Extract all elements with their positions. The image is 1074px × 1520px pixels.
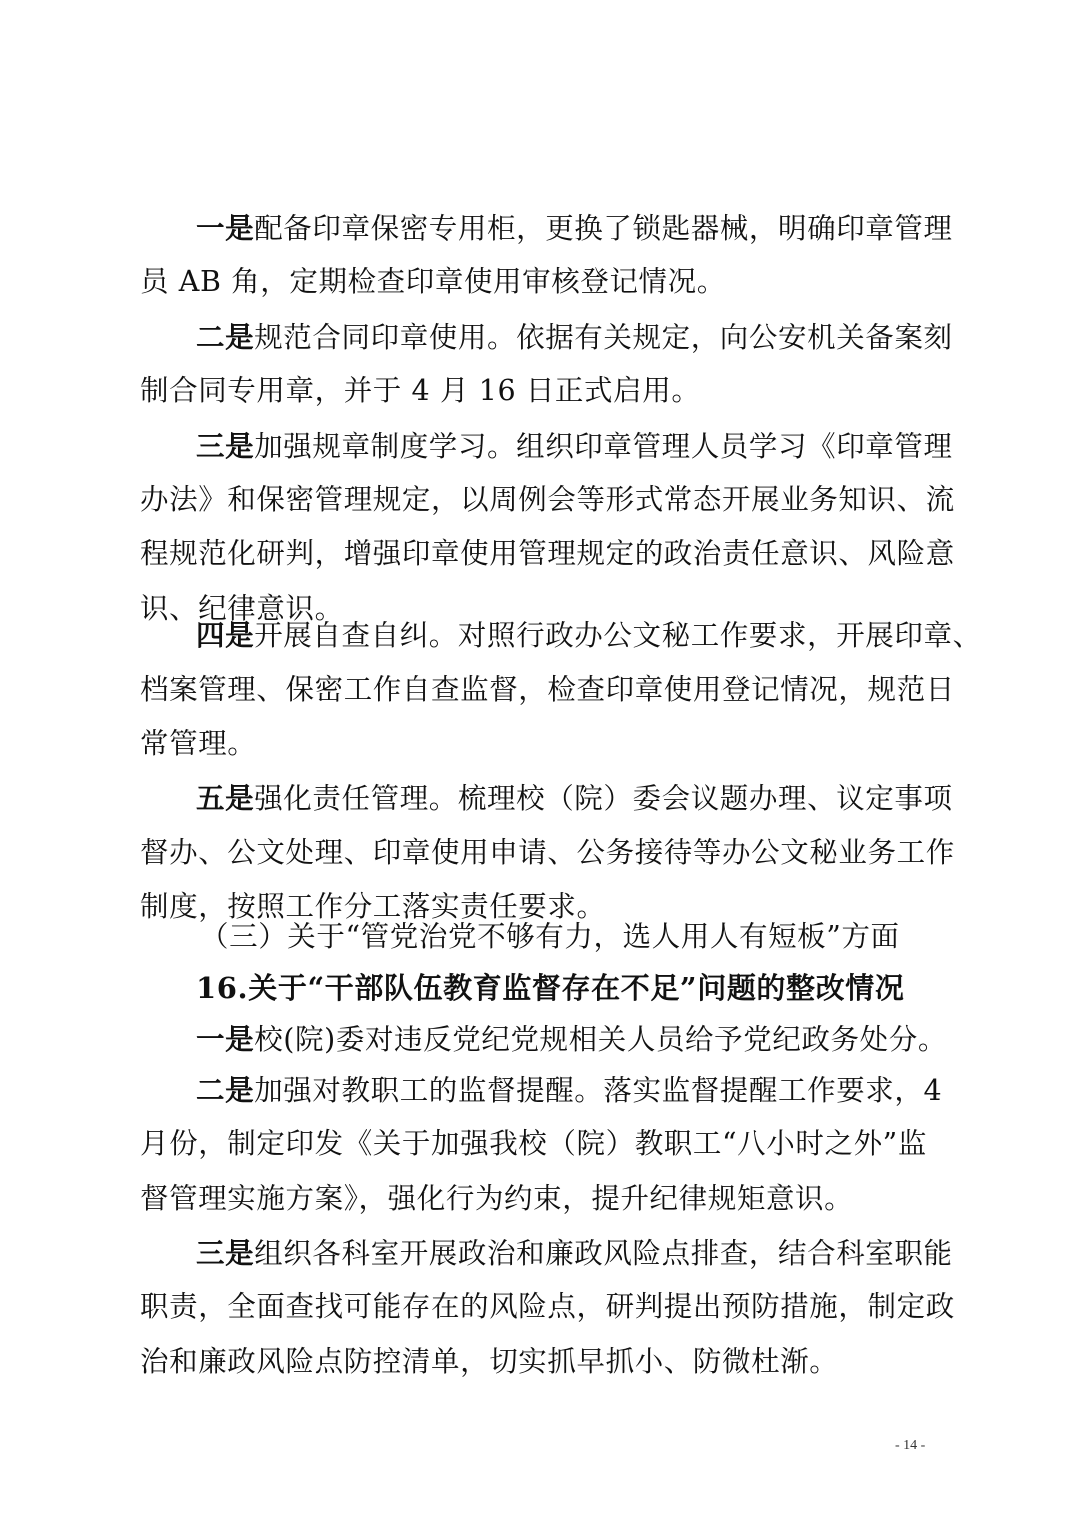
item-heading: 16.关于“干部队伍教育监督存在不足”问题的整改情况 xyxy=(196,961,996,1015)
paragraph-line: 二是加强对教职工的监督提醒。落实监督提醒工作要求，4 xyxy=(196,1063,940,1117)
paragraph-line: 员 AB 角，定期检查印章使用审核登记情况。 xyxy=(140,255,940,309)
paragraph-lead: 三是 xyxy=(196,429,254,463)
document-page: 一是配备印章保密专用柜，更换了锁匙器械，明确印章管理 员 AB 角，定期检查印章… xyxy=(0,0,1074,1520)
paragraph-line: 档案管理、保密工作自查监督，检查印章使用登记情况，规范日 xyxy=(140,663,940,717)
paragraph-lead: 三是 xyxy=(196,1236,254,1270)
paragraph-line: 职责，全面查找可能存在的风险点，研判提出预防措施，制定政 xyxy=(140,1280,940,1334)
paragraph-line: 常管理。 xyxy=(140,717,940,771)
paragraph-line: 三是组织各科室开展政治和廉政风险点排查，结合科室职能 xyxy=(196,1226,940,1280)
paragraph-line: 五是强化责任管理。梳理校（院）委会议题办理、议定事项 xyxy=(196,771,940,825)
paragraph-lead: 一是 xyxy=(196,211,254,245)
paragraph-line: 一是配备印章保密专用柜，更换了锁匙器械，明确印章管理 xyxy=(196,201,940,255)
paragraph-line: 四是开展自查自纠。对照行政办公文秘工作要求，开展印章、 xyxy=(196,608,940,662)
paragraph-line: 月份，制定印发《关于加强我校（院）教职工“八小时之外”监 xyxy=(140,1117,940,1171)
paragraph-lead: 四是 xyxy=(196,618,254,652)
paragraph-line: 治和廉政风险点防控清单，切实抓早抓小、防微杜渐。 xyxy=(140,1335,940,1389)
paragraph-line: 办法》和保密管理规定，以周例会等形式常态开展业务知识、流 xyxy=(140,473,940,527)
paragraph-line: 督办、公文处理、印章使用申请、公务接待等办公文秘业务工作 xyxy=(140,826,940,880)
paragraph-lead: 五是 xyxy=(196,781,254,815)
paragraph-line: 程规范化研判，增强印章使用管理规定的政治责任意识、风险意 xyxy=(140,527,940,581)
paragraph-line: 督管理实施方案》，强化行为约束，提升纪律规矩意识。 xyxy=(140,1172,940,1226)
paragraph-line: 制合同专用章，并于 4 月 16 日正式启用。 xyxy=(140,364,940,418)
paragraph-line: 三是加强规章制度学习。组织印章管理人员学习《印章管理 xyxy=(196,419,940,473)
paragraph-line: 二是规范合同印章使用。依据有关规定，向公安机关备案刻 xyxy=(196,310,940,364)
page-number: - 14 - xyxy=(895,1438,925,1454)
paragraph-lead: 二是 xyxy=(196,320,254,354)
paragraph-lead: 一是 xyxy=(196,1022,254,1056)
paragraph-line: 一是校(院)委对违反党纪党规相关人员给予党纪政务处分。 xyxy=(196,1012,940,1066)
section-heading: （三）关于“管党治党不够有力，选人用人有短板”方面 xyxy=(200,910,1000,964)
paragraph-lead: 二是 xyxy=(196,1073,254,1107)
